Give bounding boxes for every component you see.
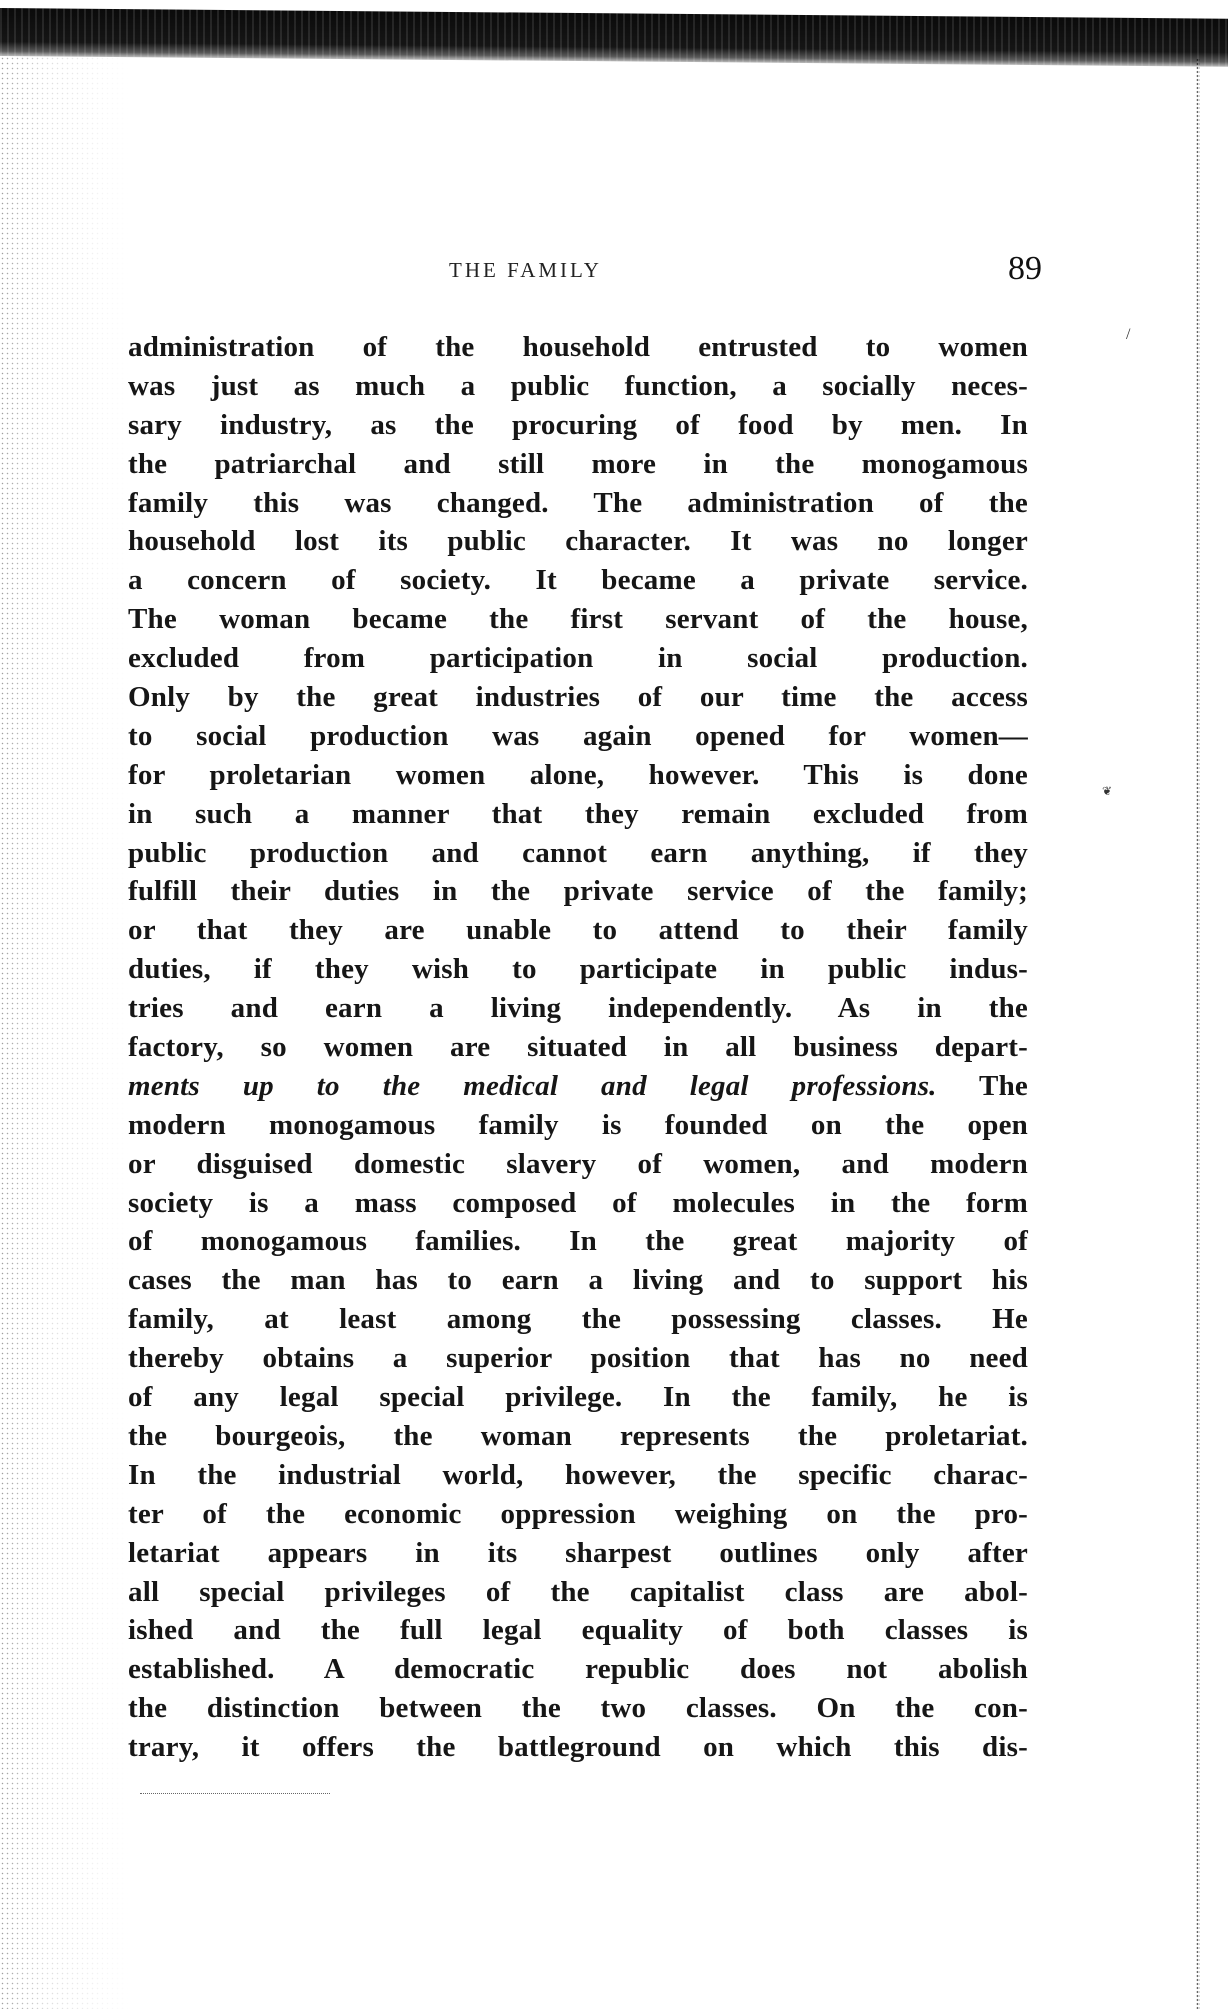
text-line: in such a manner that they remain exclud… <box>128 795 1028 834</box>
text-line: administration of the household entruste… <box>128 328 1028 367</box>
running-head: THE FAMILY <box>449 258 602 283</box>
text-line: ter of the economic oppression weighing … <box>128 1495 1028 1534</box>
text-line: ished and the full legal equality of bot… <box>128 1611 1028 1650</box>
text-line: society is a mass composed of molecules … <box>128 1184 1028 1223</box>
text-line: to social production was again opened fo… <box>128 717 1028 756</box>
text-line: household lost its public character. It … <box>128 522 1028 561</box>
scan-right-edge <box>1196 58 1200 2009</box>
text-line: public production and cannot earn anythi… <box>128 834 1028 873</box>
text-line: In the industrial world, however, the sp… <box>128 1456 1028 1495</box>
text-line: cases the man has to earn a living and t… <box>128 1261 1028 1300</box>
text-line: or disguised domestic slavery of women, … <box>128 1145 1028 1184</box>
scan-top-edge <box>0 8 1228 67</box>
italic-phrase: ments up to the medical and legal profes… <box>128 1070 937 1102</box>
text-line: of any legal special privilege. In the f… <box>128 1378 1028 1417</box>
text-line: the bourgeois, the woman represents the … <box>128 1417 1028 1456</box>
text-line: factory, so women are situated in all bu… <box>128 1028 1028 1067</box>
text-line: The woman became the first servant of th… <box>128 600 1028 639</box>
text-line: modern monogamous family is founded on t… <box>128 1106 1028 1145</box>
scan-gutter-shadow <box>0 56 130 2009</box>
margin-ornament-icon: ❦ <box>1102 784 1112 799</box>
text-line: thereby obtains a superior position that… <box>128 1339 1028 1378</box>
body-text: administration of the household entruste… <box>128 328 1028 1767</box>
text-line-italic-mixed: ments up to the medical and legal profes… <box>128 1067 1028 1106</box>
text-line: the patriarchal and still more in the mo… <box>128 445 1028 484</box>
text-line: fulfill their duties in the private serv… <box>128 872 1028 911</box>
text-line: or that they are unable to attend to the… <box>128 911 1028 950</box>
text-line: letariat appears in its sharpest outline… <box>128 1534 1028 1573</box>
text-line: all special privileges of the capitalist… <box>128 1573 1028 1612</box>
text-line: the distinction between the two classes.… <box>128 1689 1028 1728</box>
text-line: tries and earn a living independently. A… <box>128 989 1028 1028</box>
text-line: established. A democratic republic does … <box>128 1650 1028 1689</box>
text-line: sary industry, as the procuring of food … <box>128 406 1028 445</box>
text-line: duties, if they wish to participate in p… <box>128 950 1028 989</box>
text-line: a concern of society. It became a privat… <box>128 561 1028 600</box>
text-line: family, at least among the possessing cl… <box>128 1300 1028 1339</box>
text-line: for proletarian women alone, however. Th… <box>128 756 1028 795</box>
margin-tick-mark: / <box>1126 326 1130 344</box>
text-line: was just as much a public function, a so… <box>128 367 1028 406</box>
text-fragment: The <box>937 1070 1028 1102</box>
text-line: excluded from participation in social pr… <box>128 639 1028 678</box>
text-line: trary, it offers the battleground on whi… <box>128 1728 1028 1767</box>
footer-dotted-rule <box>140 1793 330 1795</box>
text-line: family this was changed. The administrat… <box>128 484 1028 523</box>
page-number: 89 <box>1008 250 1042 288</box>
text-line: of monogamous families. In the great maj… <box>128 1222 1028 1261</box>
text-line: Only by the great industries of our time… <box>128 678 1028 717</box>
